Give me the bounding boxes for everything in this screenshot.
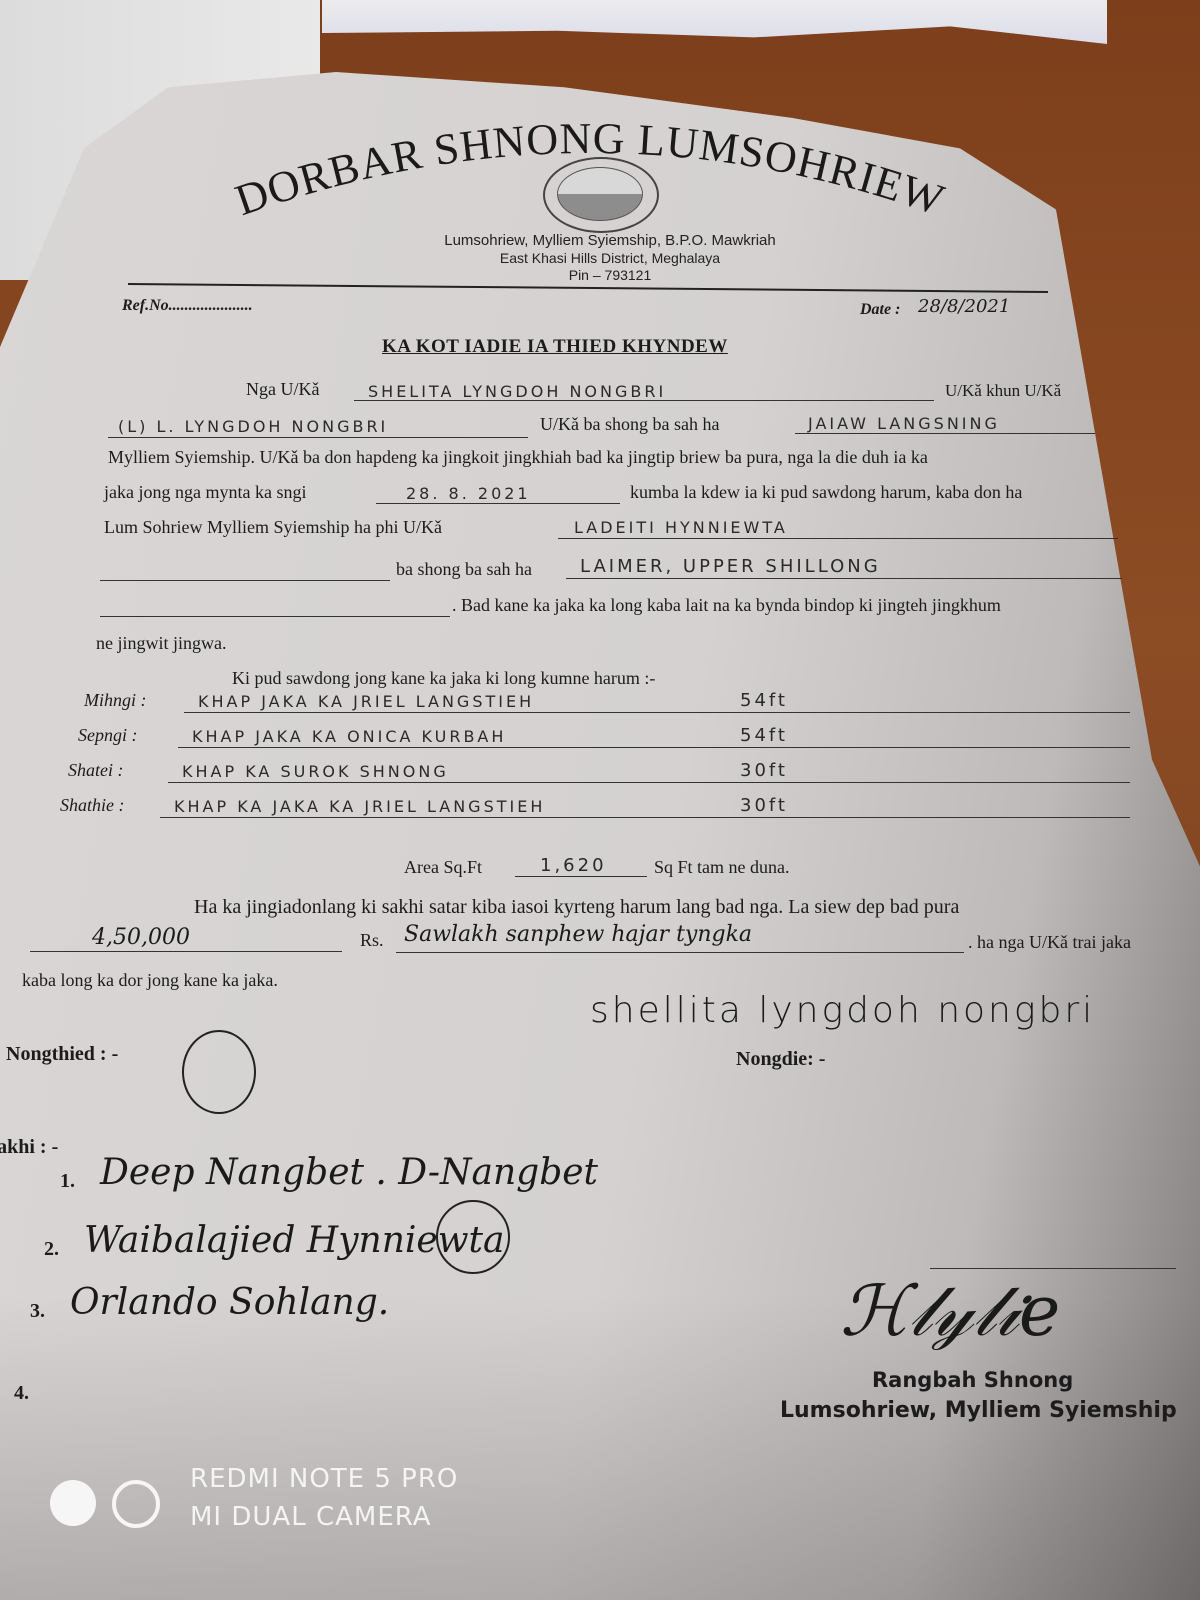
- parent-name: (L) L. LYNGDOH NONGBRI: [118, 417, 388, 436]
- boundary-length: 54ft: [740, 690, 788, 711]
- body-text: Nga U/Kǎ: [246, 379, 319, 400]
- body-text: kumba la kdew ia ki pud sawdong harum, k…: [630, 482, 1022, 503]
- sale-date: 28. 8. 2021: [406, 484, 531, 503]
- buyer-name: LADEITI HYNNIEWTA: [574, 518, 788, 537]
- area-suffix: Sq Ft tam ne duna.: [654, 857, 790, 878]
- body-text: jaka jong nga mynta ka sngi: [104, 482, 306, 503]
- payment-intro: Ha ka jingiadonlang ki sakhi satar kiba …: [194, 896, 959, 919]
- boundary-length: 54ft: [740, 725, 788, 746]
- payment-closing: kaba long ka dor jong kane ka jaka.: [22, 970, 278, 991]
- witness-signature: Deep Nangbet . D-Nangbet: [100, 1152, 598, 1193]
- watermark-line-1: REDMI NOTE 5 PRO: [190, 1460, 458, 1498]
- witness-number: 4.: [14, 1382, 29, 1405]
- body-text: U/Kǎ khun U/Kǎ: [945, 381, 1061, 401]
- body-text: ba shong ba sah ha: [396, 559, 532, 580]
- watermark-line-2: MI DUAL CAMERA: [190, 1498, 458, 1536]
- witness-signature: Orlando Sohlang.: [70, 1282, 389, 1323]
- boundary-label: Mihngi :: [84, 690, 147, 711]
- boundary-length: 30ft: [740, 760, 788, 781]
- camera-dot-ring-icon: [112, 1480, 160, 1528]
- boundary-label: Shathie :: [60, 795, 125, 816]
- witness-number: 3.: [30, 1300, 45, 1323]
- seller-label: Nongdie: -: [736, 1048, 825, 1071]
- buyer-signature-icon: [182, 1030, 256, 1114]
- seller-residence: JAIAW LANGSNING: [808, 414, 1000, 433]
- address-line-3: Pin – 793121: [300, 267, 920, 283]
- area-value: 1,620: [540, 855, 607, 876]
- camera-dot-filled-icon: [50, 1480, 96, 1526]
- headman-signature-icon: ℋ𝓁𝓎𝓁𝒾𝑒: [840, 1270, 1060, 1353]
- date-value: 28/8/2021: [918, 296, 1010, 317]
- body-text: U/Kǎ ba shong ba sah ha: [540, 414, 719, 435]
- seller-name: SHELITA LYNGDOH NONGBRI: [368, 382, 666, 401]
- boundaries-intro: Ki pud sawdong jong kane ka jaka ki long…: [232, 668, 655, 689]
- document-heading: KA KOT IADIE IA THIED KHYNDEW: [382, 336, 728, 358]
- amount-words: Sawlakh sanphew hajar tyngka: [404, 922, 752, 947]
- seller-signature: shellita lyngdoh nongbri: [590, 990, 1095, 1031]
- boundary-description: KHAP KA SUROK SHNONG: [182, 762, 449, 781]
- buyer-residence: LAIMER, UPPER SHILLONG: [580, 556, 881, 577]
- address-line-2: East Khasi Hills District, Meghalaya: [300, 250, 920, 266]
- witness-label: Sakhi : -: [0, 1136, 58, 1159]
- boundary-label: Shatei :: [68, 760, 124, 781]
- date-label: Date :: [860, 301, 900, 319]
- body-text: ne jingwit jingwa.: [96, 633, 226, 654]
- body-text: Mylliem Syiemship. U/Kǎ ba don hapdeng k…: [108, 447, 928, 468]
- village-council-seal-icon: [543, 157, 659, 233]
- boundary-description: KHAP KA JAKA KA JRIEL LANGSTIEH: [174, 797, 545, 816]
- address-line-1: Lumsohriew, Mylliem Syiemship, B.P.O. Ma…: [300, 232, 920, 249]
- witness-number: 2.: [44, 1238, 59, 1261]
- boundary-description: KHAP JAKA KA JRIEL LANGSTIEH: [198, 692, 534, 711]
- camera-watermark: REDMI NOTE 5 PRO MI DUAL CAMERA: [190, 1460, 458, 1536]
- boundary-length: 30ft: [740, 795, 788, 816]
- payment-suffix: . ha nga U/Kǎ trai jaka: [968, 932, 1131, 953]
- body-text: . Bad kane ka jaka ka long kaba lait na …: [452, 595, 1001, 616]
- boundary-description: KHAP JAKA KA ONICA KURBAH: [192, 727, 506, 746]
- amount-figures: 4,50,000: [92, 925, 190, 950]
- headman-org: Lumsohriew, Mylliem Syiemship: [780, 1398, 1177, 1423]
- area-label: Area Sq.Ft: [404, 857, 482, 878]
- headman-title: Rangbah Shnong: [872, 1368, 1073, 1392]
- ref-no: Ref.No.....................: [122, 297, 253, 315]
- rs-label: Rs.: [360, 930, 384, 951]
- witness-stamp-icon: [436, 1200, 510, 1274]
- buyer-label: Nongthied : -: [6, 1043, 118, 1066]
- witness-number: 1.: [60, 1170, 75, 1193]
- body-text: Lum Sohriew Mylliem Syiemship ha phi U/K…: [104, 517, 442, 538]
- boundary-label: Sepngi :: [78, 725, 137, 746]
